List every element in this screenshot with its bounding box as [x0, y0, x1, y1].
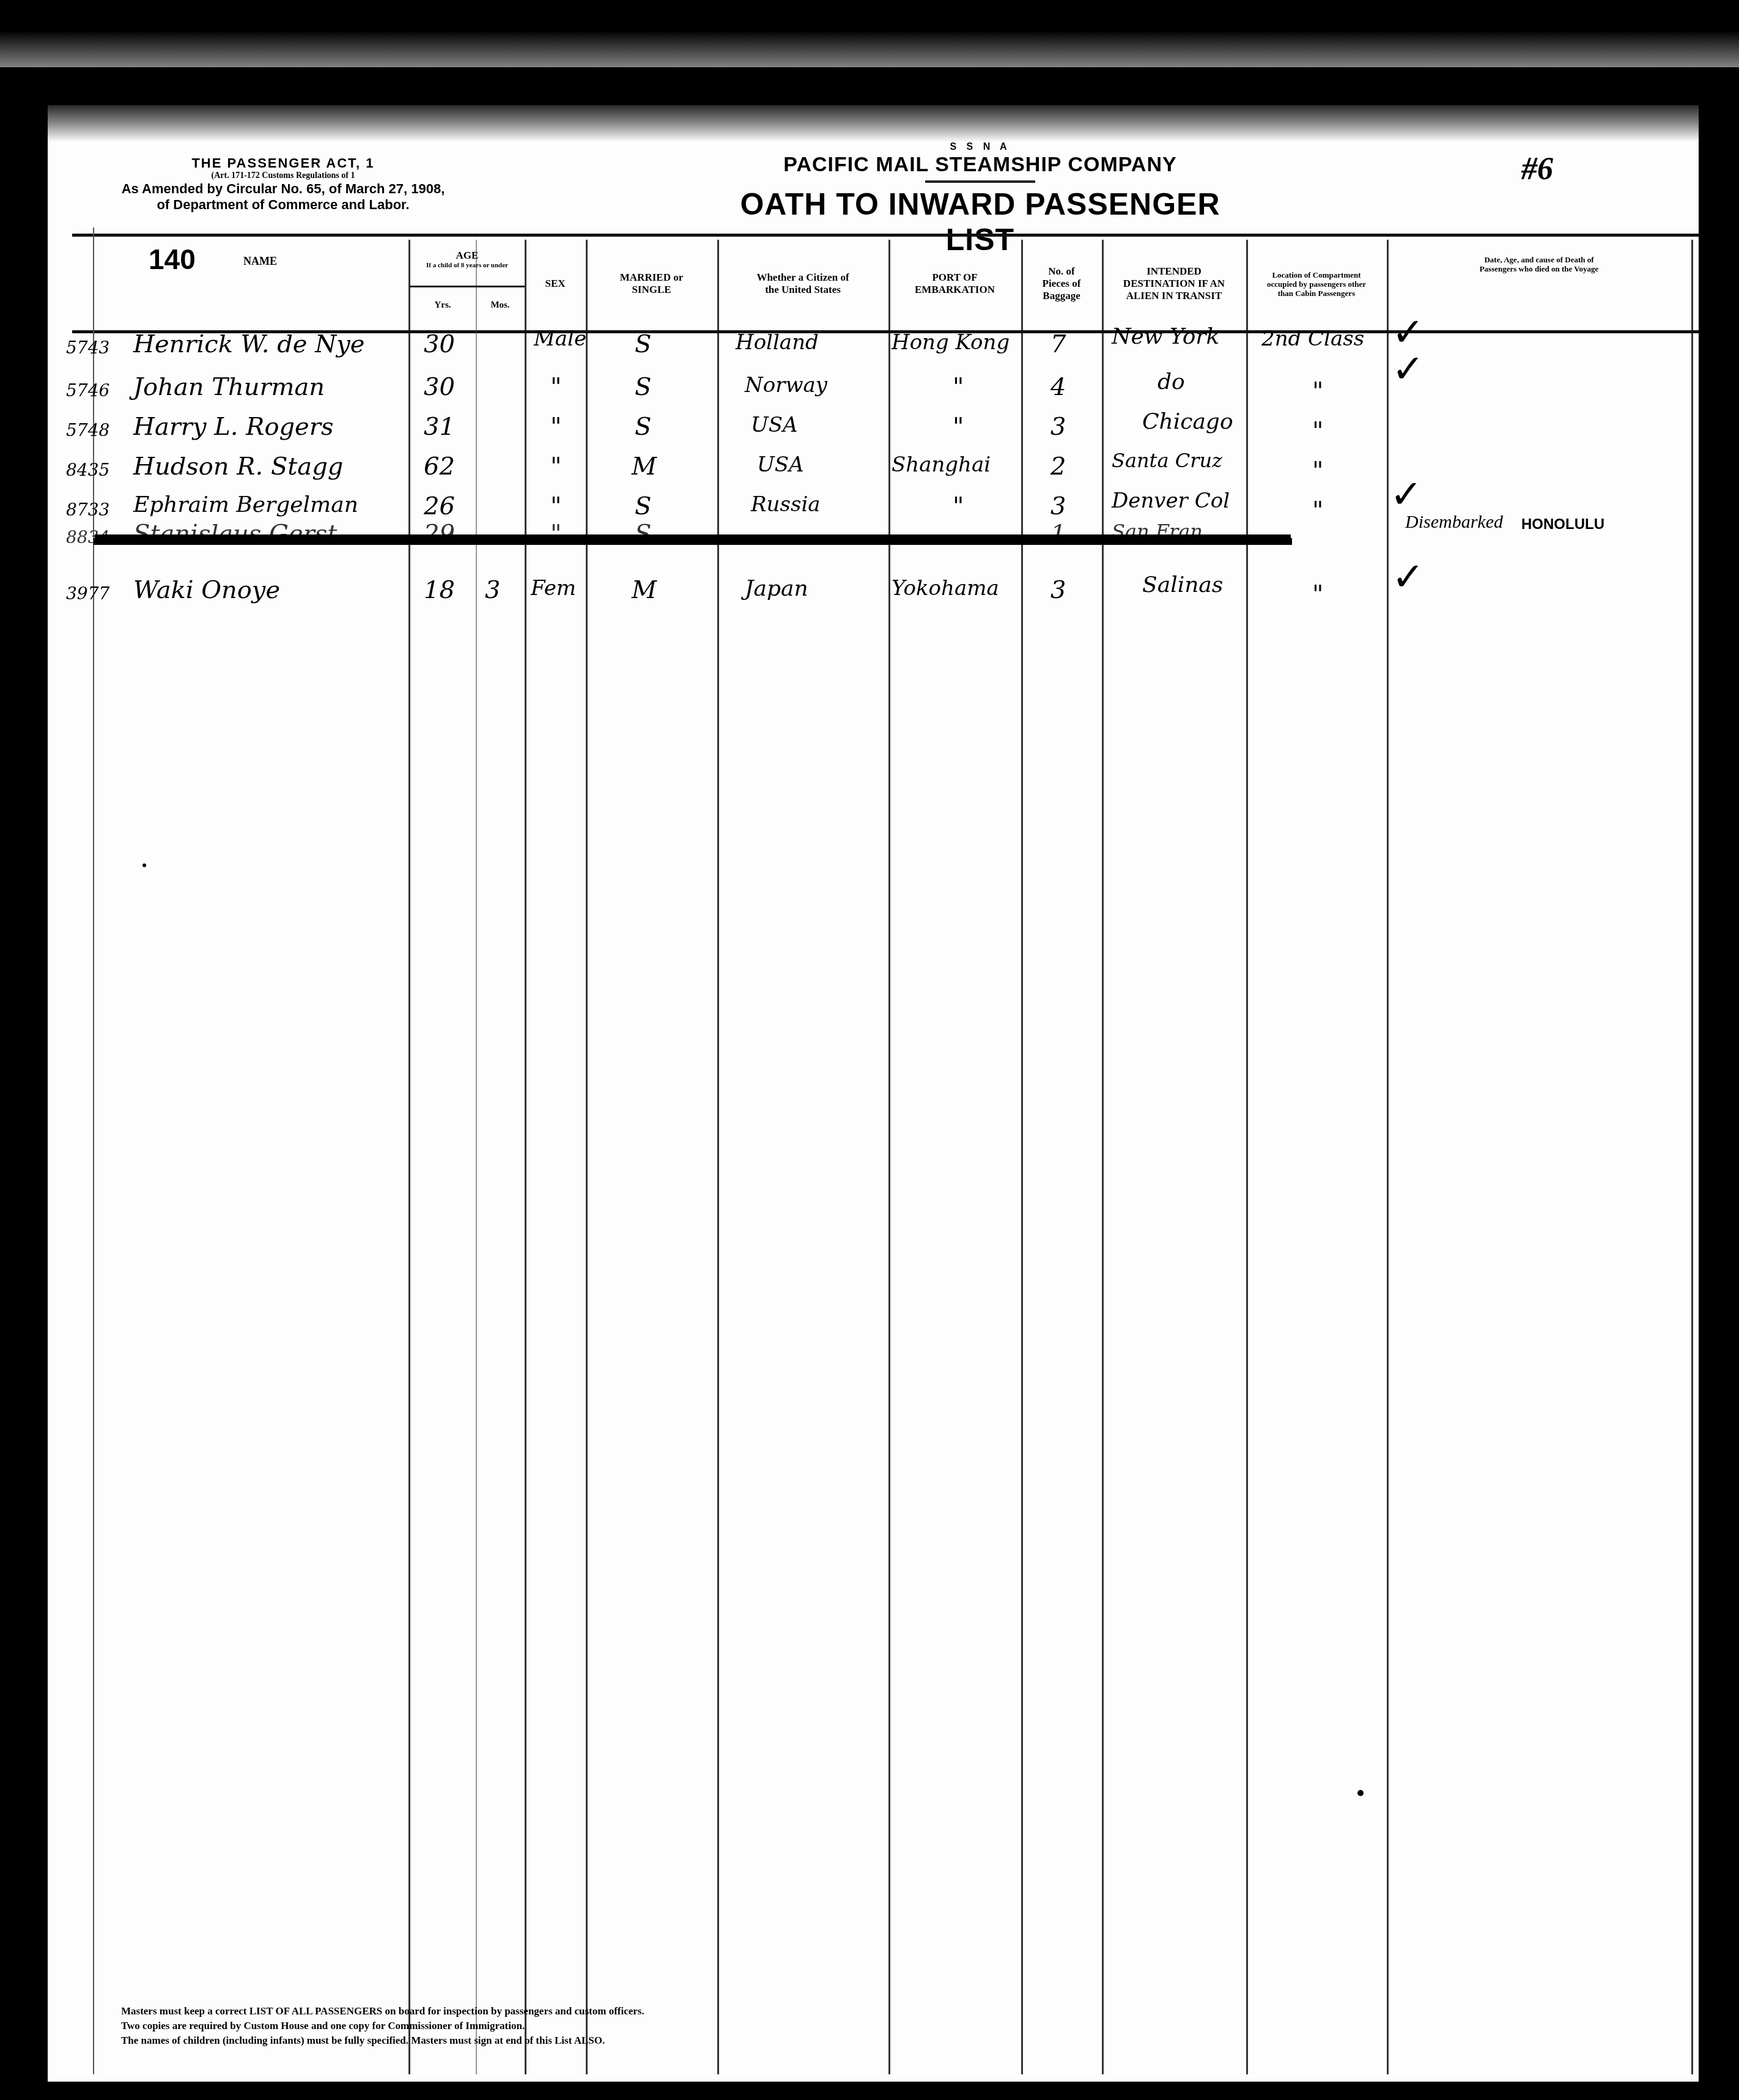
scan-edge-haze — [0, 31, 1739, 67]
port-of-embarkation: Shanghai — [892, 453, 991, 477]
col-line-age — [408, 240, 410, 2074]
citizenship: Norway — [745, 373, 827, 397]
compartment-location: " — [1312, 497, 1323, 525]
sheet-number: #6 — [1521, 151, 1553, 187]
passenger-number: 8733 — [66, 500, 109, 520]
age-months: 3 — [485, 576, 500, 604]
disembarked-remark: Disembarked — [1405, 512, 1503, 533]
port-of-embarkation: " — [953, 413, 964, 441]
header-name: NAME — [243, 255, 277, 268]
passenger-number: 8435 — [66, 460, 109, 480]
sex: " — [550, 413, 561, 441]
header-citizen: Whether a Citizen of the United States — [717, 235, 888, 333]
marital-status: S — [635, 413, 651, 441]
act-department: of Department of Commerce and Labor. — [78, 197, 488, 213]
header-death: Date, Age, and cause of Death of Passeng… — [1387, 227, 1691, 301]
compartment-location: " — [1312, 457, 1323, 485]
compartment-location: 2nd Class — [1261, 327, 1364, 351]
col-line-location — [1246, 240, 1248, 2074]
header-years: Yrs. — [410, 279, 476, 331]
passenger-name: Harry L. Rogers — [133, 413, 333, 441]
col-line-baggage — [1021, 240, 1023, 2074]
header-married: MARRIED or SINGLE — [586, 235, 717, 333]
port-of-embarkation: " — [953, 492, 964, 520]
col-line-death — [1387, 240, 1389, 2074]
header-age: AGE If a child of 8 years or under — [410, 235, 525, 284]
check-mark-icon: ✓ — [1392, 555, 1425, 600]
age-years: 30 — [424, 330, 455, 358]
citizenship: Russia — [751, 492, 821, 517]
company-name: PACIFIC MAIL STEAMSHIP COMPANY — [705, 153, 1255, 177]
header-port: PORT OF EMBARKATION — [888, 235, 1021, 333]
col-line-citizen — [717, 240, 719, 2074]
baggage-count: 2 — [1050, 453, 1066, 481]
citizenship: Japan — [745, 576, 808, 601]
passenger-number: 3977 — [66, 583, 109, 604]
baggage-count: 3 — [1050, 576, 1066, 604]
age-years: 31 — [424, 413, 455, 441]
compartment-location: " — [1312, 580, 1323, 608]
compartment-location: " — [1312, 377, 1323, 405]
baggage-count: 3 — [1050, 492, 1066, 520]
footer-line-3: The names of children (including infants… — [121, 2033, 644, 2048]
header-age-label: AGE — [456, 250, 479, 262]
port-of-embarkation: Yokohama — [892, 576, 999, 601]
col-line-port — [888, 240, 890, 2074]
citizenship: USA — [751, 413, 798, 437]
marital-status: S — [635, 373, 651, 401]
strike-through-line — [94, 538, 1292, 545]
baggage-count: 4 — [1050, 373, 1066, 401]
col-line-sex — [525, 240, 526, 2074]
scan-smudge — [48, 105, 1699, 142]
sex: " — [550, 453, 561, 481]
passenger-act-notice: THE PASSENGER ACT, 1 (Art. 171-172 Custo… — [78, 155, 488, 213]
act-article: (Art. 171-172 Customs Regulations of 1 — [78, 171, 488, 181]
passenger-name: Hudson R. Stagg — [133, 453, 343, 481]
age-years: 30 — [424, 373, 455, 401]
marital-status: S — [635, 492, 651, 520]
passenger-number: 5746 — [66, 380, 109, 401]
check-mark-icon: ✓ — [1392, 347, 1425, 392]
header-destination: INTENDED DESTINATION IF AN ALIEN IN TRAN… — [1102, 235, 1246, 333]
col-line-right — [1691, 240, 1693, 2074]
marital-status: M — [632, 576, 657, 604]
baggage-count: 3 — [1050, 413, 1066, 441]
citizenship: USA — [757, 453, 804, 477]
col-line-destination — [1102, 240, 1104, 2074]
col-line-months — [476, 240, 477, 2074]
ink-spot — [1357, 1790, 1364, 1796]
act-amended: As Amended by Circular No. 65, of March … — [78, 181, 488, 197]
citizenship: Holland — [736, 330, 819, 355]
baggage-count: 7 — [1050, 330, 1066, 358]
age-years: 62 — [424, 453, 455, 481]
marital-status: M — [632, 453, 657, 481]
sex: " — [550, 492, 561, 520]
heading-rule — [925, 180, 1035, 183]
header-baggage: No. of Pieces of Baggage — [1021, 235, 1102, 333]
destination: Salinas — [1142, 572, 1223, 597]
sex: Fem — [531, 576, 576, 601]
destination: New York — [1112, 324, 1219, 349]
compartment-location: " — [1312, 417, 1323, 445]
destination: Denver Col — [1112, 489, 1230, 513]
marital-status: S — [635, 330, 651, 358]
header-location: Location of Compartment occupied by pass… — [1246, 235, 1387, 333]
header-age-note: If a child of 8 years or under — [426, 262, 508, 269]
passenger-number: 5743 — [66, 338, 109, 358]
passenger-list-page: THE PASSENGER ACT, 1 (Art. 171-172 Custo… — [48, 105, 1699, 2082]
header-months: Mos. — [476, 279, 525, 331]
age-years: 26 — [424, 492, 455, 520]
company-mark: S S N A — [705, 142, 1255, 153]
footer-instructions: Masters must keep a correct LIST OF ALL … — [121, 2004, 644, 2048]
port-of-embarkation: Hong Kong — [892, 330, 1010, 355]
sex: Male — [534, 327, 586, 351]
act-title: THE PASSENGER ACT, 1 — [78, 155, 488, 171]
destination: Chicago — [1142, 409, 1233, 434]
port-of-embarkation: " — [953, 373, 964, 401]
passenger-name: Waki Onoye — [133, 576, 280, 604]
ink-spot — [142, 863, 146, 867]
passenger-name: Johan Thurman — [133, 373, 325, 401]
page-number: 140 — [149, 243, 196, 276]
passenger-name: Ephraim Bergelman — [133, 492, 358, 517]
destination: Santa Cruz — [1112, 449, 1222, 472]
check-mark-icon: ✓ — [1390, 472, 1423, 517]
footer-line-1: Masters must keep a correct LIST OF ALL … — [121, 2004, 644, 2019]
age-years: 18 — [424, 576, 455, 604]
footer-line-2: Two copies are required by Custom House … — [121, 2019, 644, 2033]
destination: do — [1157, 369, 1185, 394]
header-sex: SEX — [525, 235, 586, 333]
sex: " — [550, 373, 561, 401]
passenger-number: 5748 — [66, 420, 109, 440]
disembarked-place: HONOLULU — [1521, 516, 1604, 533]
col-line-married — [586, 240, 588, 2074]
passenger-name: Henrick W. de Nye — [133, 330, 364, 358]
